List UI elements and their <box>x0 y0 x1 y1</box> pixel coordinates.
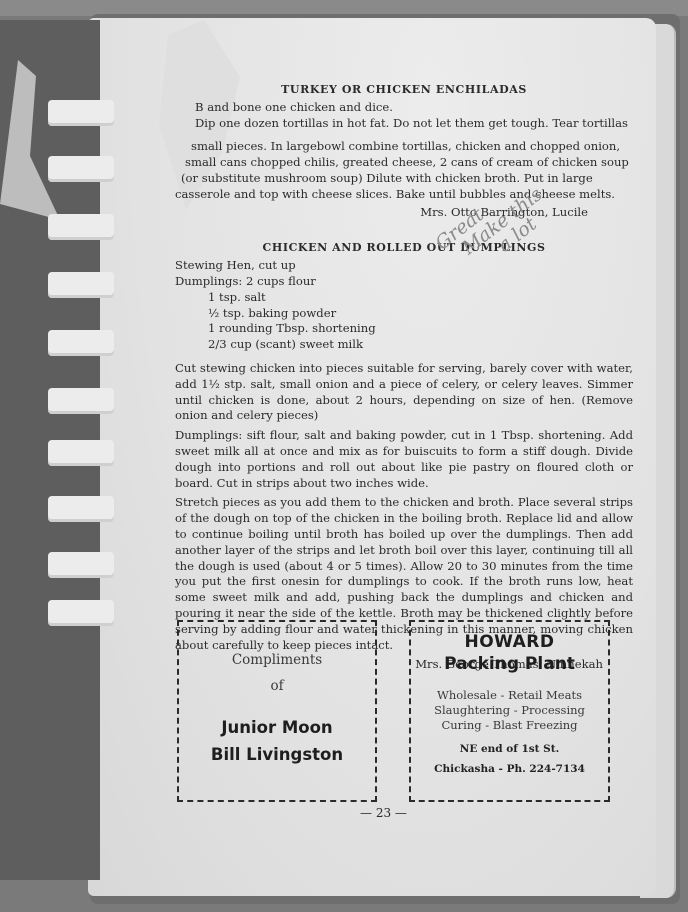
page-content: TURKEY OR CHICKEN ENCHILADAS B and bone … <box>175 82 633 673</box>
recipe-line: Dip one dozen tortillas in hot fat. Do n… <box>175 116 633 132</box>
ad-name: Bill Livingston <box>179 745 375 764</box>
binding-coil <box>48 440 114 466</box>
advertisement-howard-packing: HOWARD Packing Plant Wholesale - Retail … <box>409 620 610 802</box>
ad-company-name: Packing Plant <box>411 654 608 674</box>
recipe-paragraph: Dumplings: sift flour, salt and baking p… <box>175 428 633 491</box>
recipe-line: small cans chopped chilis, greated chees… <box>175 155 633 171</box>
page-number: — 23 — <box>360 806 407 820</box>
recipe-paragraph: Cut stewing chicken into pieces suitable… <box>175 361 633 424</box>
torn-paper-edge <box>0 60 60 220</box>
binding-coil <box>48 100 114 126</box>
advertisement-compliments: Compliments of Junior Moon Bill Livingst… <box>177 620 377 802</box>
binding-coil <box>48 552 114 578</box>
ad-text: Compliments <box>179 652 375 668</box>
ad-name: Junior Moon <box>179 718 375 737</box>
recipe-line: small pieces. In largebowl combine torti… <box>175 139 633 155</box>
binding-coil <box>48 388 114 414</box>
recipe-line: (or substitute mushroom soup) Dilute wit… <box>175 171 633 187</box>
ad-service: Wholesale - Retail Meats <box>411 688 608 703</box>
ingredient: 1 tsp. salt <box>175 290 633 306</box>
ingredient: 1 rounding Tbsp. shortening <box>175 321 633 337</box>
binding-coil <box>48 214 114 240</box>
recipe-title: CHICKEN AND ROLLED OUT DUMPLINGS <box>175 240 633 256</box>
ingredient: ½ tsp. baking powder <box>175 306 633 322</box>
spiral-binding <box>0 20 100 880</box>
ad-company-name: HOWARD <box>411 632 608 652</box>
ad-phone: Chickasha - Ph. 224-7134 <box>411 763 608 775</box>
ad-text: of <box>179 678 375 694</box>
ad-address: NE end of 1st St. <box>411 743 608 755</box>
binding-coil <box>48 156 114 182</box>
recipe-line: casserole and top with cheese slices. Ba… <box>175 187 633 203</box>
ingredient: 2/3 cup (scant) sweet milk <box>175 337 633 353</box>
binding-coil <box>48 600 114 626</box>
recipe-line: B and bone one chicken and dice. <box>175 100 633 116</box>
binding-coil <box>48 272 114 298</box>
binding-coil <box>48 496 114 522</box>
binding-coil <box>48 330 114 356</box>
ingredient: Stewing Hen, cut up <box>175 258 633 274</box>
ad-service: Slaughtering - Processing <box>411 703 608 718</box>
ingredient: Dumplings: 2 cups flour <box>175 274 633 290</box>
recipe-title: TURKEY OR CHICKEN ENCHILADAS <box>175 82 633 98</box>
ad-service: Curing - Blast Freezing <box>411 718 608 733</box>
